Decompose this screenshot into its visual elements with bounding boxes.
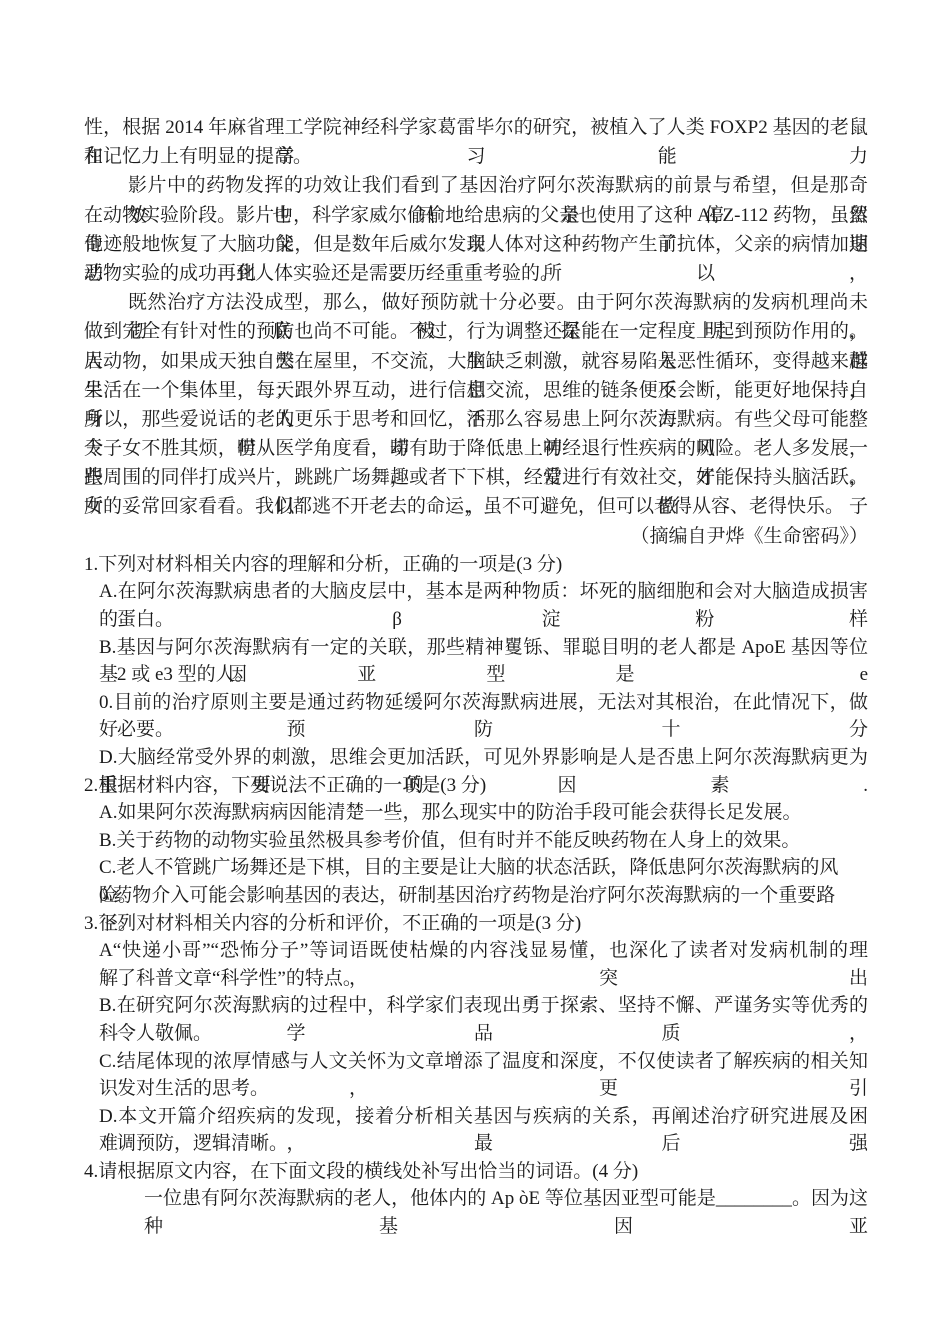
question-1-option-c: 0.目前的治疗原则主要是通过药物延缓阿尔茨海默病进展，无法对其根治，在此情况下，… [84,689,868,717]
passage-line: 既然治疗方法没成型，那么，做好预防就十分必要。由于阿尔茨海默病的发病机理尚未彻底… [84,288,868,317]
question-2-option-b: B.关于药物的动物实验虽然极具参考价值，但有时并不能反映药物在人身上的效果。 [84,827,868,855]
passage-line: 做到完全有针对性的预防也尚不可能。不过，行为调整还是能在一定程度上起到预防作用的… [84,317,868,346]
question-4-text: 一位患有阿尔茨海默病的老人，他体内的 Ap òE 等位基因亚型可能是______… [84,1185,868,1213]
passage-section: 性，根据 2014 年麻省理工学院神经科学家葛雷毕尔的研究，被植入了人类 FOX… [84,113,868,551]
passage-line: 生活在一个集体里，每天跟外界互动，进行信息交流，思维的链条便不会断，能更好地保持… [84,376,868,405]
question-2-option-c: C.老人不管跳广场舞还是下棋，目的主要是让大脑的状态活跃，降低患阿尔茨海默病的风… [84,854,868,882]
question-4-stem: 4.请根据原文内容，在下面文段的横线处补写出恰当的词语。(4 分) [84,1158,868,1186]
question-1-option-b: B.基因与阿尔茨海默病有一定的关联，那些精神矍铄、罪聪目明的老人都是 ApoE … [84,634,868,662]
passage-line: 影片中的药物发挥的功效让我们看到了基因治疗阿尔茨海默病的前景与希望，但是那奇效也… [84,171,868,200]
passage-line: 女的妥常回家看看。我们都逃不开老去的命运，虽不可避免，但可以老得从容、老得快乐。 [84,492,868,521]
document-text-block: 性，根据 2014 年麻省理工学院神经科学家葛雷毕尔的研究，被植入了人类 FOX… [84,113,868,1213]
attribution: （摘编自尹烨《生命密码》） [84,522,868,551]
questions-section: 1.下列对材料相关内容的理解和分析，正确的一项是(3 分)A.在阿尔茨海默病患者… [84,551,868,1213]
passage-line: 所以，那些爱说话的老人更乐于思考和回忆，不那么容易患上阿尔茨海默病。有些父母可能… [84,405,868,434]
passage-line: 令子女不胜其烦，但从医学角度看，却有助于降低患上神经退行性疾病的风险。老人多发展… [84,434,868,463]
passage-line: 跟周围的同伴打成一片，跳跳广场舞，或者下下棋，经常进行有效社交，才能保持头脑活跃… [84,463,868,492]
exam-page: 性，根据 2014 年麻省理工学院神经科学家葛雷毕尔的研究，被植入了人类 FOX… [0,0,950,1343]
question-3-option-b: B.在研究阿尔茨海默病的过程中，科学家们表现出勇于探索、坚持不懈、严谨务实等优秀… [84,992,868,1020]
question-3-option-a: A“快递小哥”“恐怖分子”等词语既使枯燥的内容浅显易懂，也深化了读者对发病机制的… [84,937,868,965]
passage-line: 奇迹般地恢复了大脑功能，但是数年后威尔发现人体对这种药物产生了抗体，父亲的病情加… [84,230,868,259]
question-1-option-a: A.在阿尔茨海默病患者的大脑皮层中，基本是两种物质：坏死的脑细胞和会对大脑造成损… [84,578,868,606]
passage-line: 性，根据 2014 年麻省理工学院神经科学家葛雷毕尔的研究，被植入了人类 FOX… [84,113,868,142]
question-1-stem: 1.下列对材料相关内容的理解和分析，正确的一项是(3 分) [84,551,868,579]
question-3-option-c: C.结尾体现的浓厚情感与人文关怀为文章增添了温度和深度，不仅使读者了解疾病的相关… [84,1048,868,1076]
passage-line: 在动物实验阶段。影片中，科学家威尔偷偷地给患病的父亲也使用了这种 ALZ-112… [84,201,868,230]
question-3-stem: 3.下列对材料相关内容的分析和评价，不正确的一项是(3 分) [84,910,868,938]
question-1-option-d: D.大脑经常受外界的刺激，思维会更加活跃，可见外界影响是人是否患上阿尔茨海默病更… [84,744,868,772]
passage-line: 居动物，如果成天独自憋在屋里，不交流，大脑缺乏刺激，就容易陷入恶性循环，变得越来… [84,347,868,376]
question-2-option-d: 0.药物介入可能会影响基因的表达，研制基因治疗药物是治疗阿尔茨海默病的一个重要路… [84,882,868,910]
question-3-option-d: D.本文开篇介绍疾病的发现，接着分析相关基因与疾病的关系，再阐述治疗研究进展及困… [84,1103,868,1131]
question-2-option-a: A.如果阿尔茨海默病病因能清楚一些，那么现实中的防治手段可能会获得长足发展。 [84,799,868,827]
